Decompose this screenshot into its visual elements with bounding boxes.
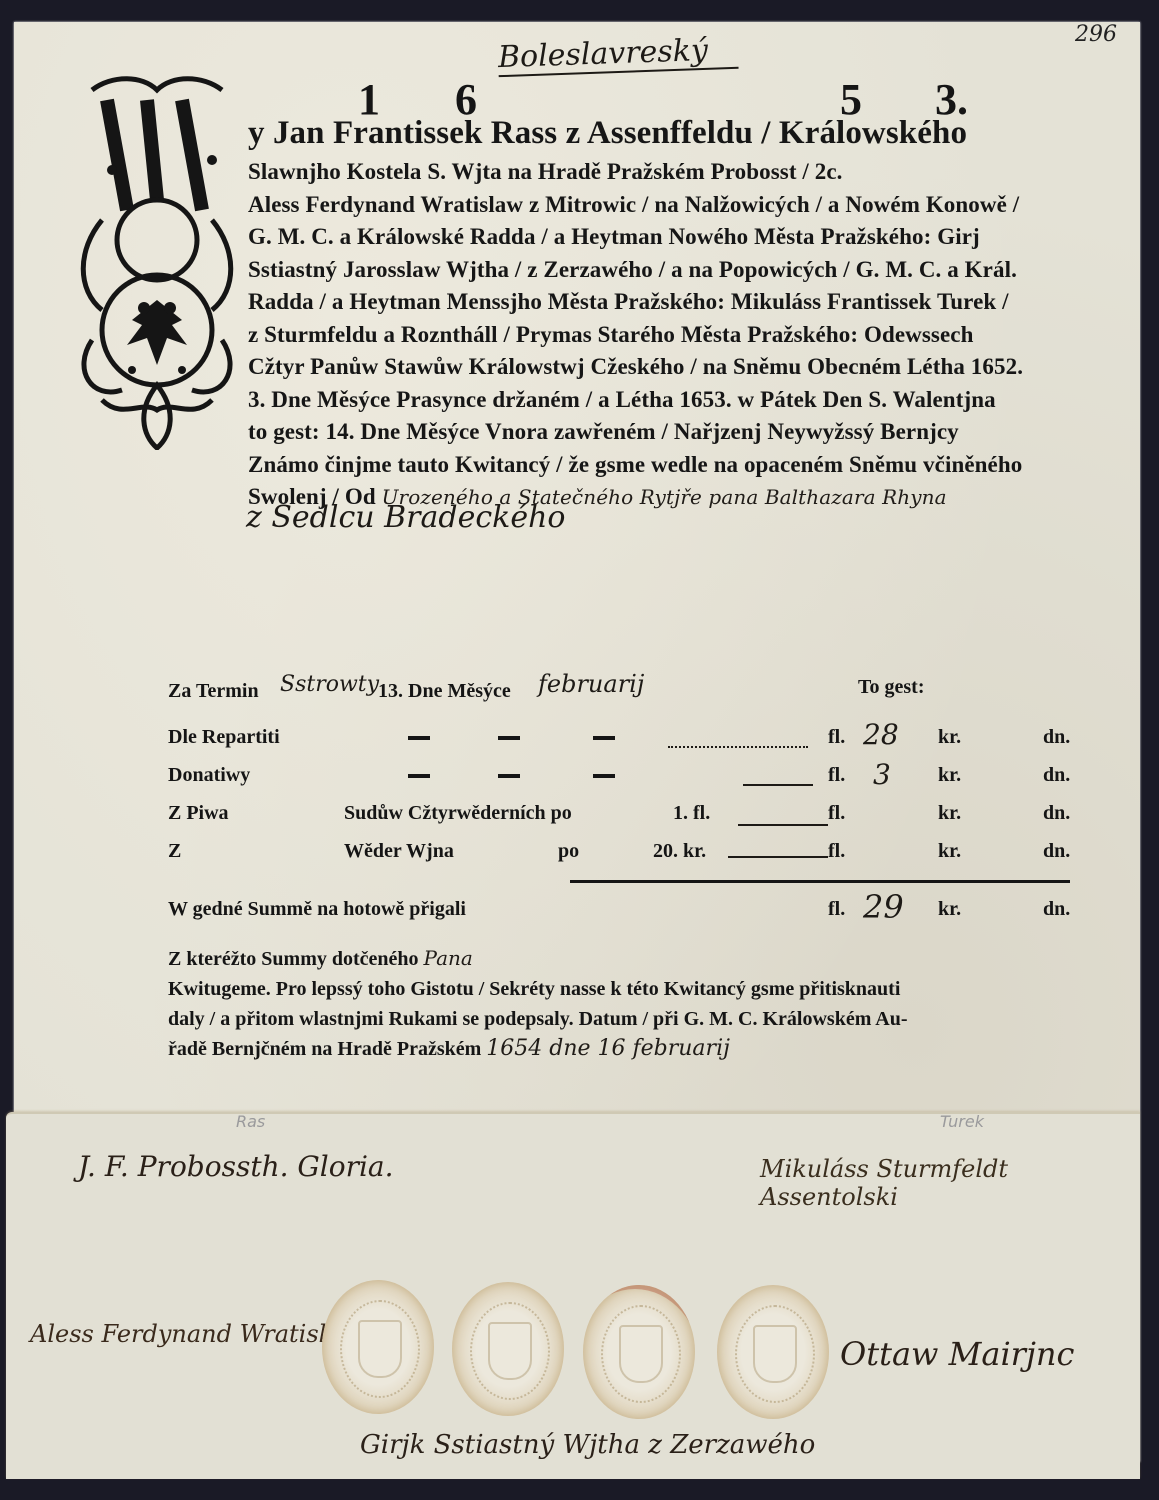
signature-top-left: J. F. Probossth. Gloria. xyxy=(78,1150,394,1183)
body-line: Radda / a Heytman Menssjho Města Pražské… xyxy=(248,286,1078,319)
florin-label: fl. xyxy=(828,840,845,863)
body-line: Sstiastný Jarosslaw Wjtha / z Zerzawého … xyxy=(248,254,1078,287)
closing-print: řadě Bernjčném na Hradě Pražském xyxy=(168,1038,481,1060)
closing-line-1: Z kteréžto Summy dotčeného Pana xyxy=(168,944,1088,974)
wax-seal-3-icon xyxy=(583,1285,695,1419)
closing-hand: Pana xyxy=(424,946,473,970)
signature-top-right: Mikuláss Sturmfeldt Assentolski xyxy=(760,1155,1100,1211)
amount-hand: 28 xyxy=(863,718,899,751)
wax-seal-1-icon xyxy=(322,1280,434,1414)
table-row: Z Wěder Wjna po 20. kr. fl. kr. dn. xyxy=(168,840,1088,872)
body-text: y Jan Frantissek Rass z Assenffeldu / Kr… xyxy=(248,110,1078,514)
body-line: z Sturmfeldu a Rozntháll / Prymas Staréh… xyxy=(248,319,1078,352)
header-to-gest: To gest: xyxy=(858,676,924,699)
row-label: Donatiwy xyxy=(168,764,250,787)
denar-label: dn. xyxy=(1043,898,1070,921)
kreuzer-label: kr. xyxy=(938,802,961,825)
florin-label: fl. xyxy=(828,898,845,921)
body-line: y Jan Frantissek Rass z Assenffeldu / Kr… xyxy=(248,110,1078,156)
pencil-note-right: Turek xyxy=(940,1112,984,1131)
closing-print: Z kteréžto Summy dotčeného xyxy=(168,948,419,970)
table-row: Z Piwa Sudůw Cžtyrwěderních po 1. fl. fl… xyxy=(168,802,1088,834)
denar-label: dn. xyxy=(1043,840,1070,863)
closing-line-4: řadě Bernjčném na Hradě Pražském 1654 dn… xyxy=(168,1034,1088,1064)
body-line: Slawnjho Kostela S. Wjta na Hradě Pražsk… xyxy=(248,156,1078,189)
florin-label: fl. xyxy=(828,726,845,749)
row-rate: 20. kr. xyxy=(653,840,706,863)
body-line: 3. Dne Měsýce Prasynce držaném / a Létha… xyxy=(248,384,1078,417)
sum-amount-hand: 29 xyxy=(863,888,904,926)
signature-mid-right: Ottaw Mairjnc xyxy=(840,1335,1074,1373)
body-line: Aless Ferdynand Wratislaw z Mitrowic / n… xyxy=(248,189,1078,222)
term-month-hand: februarij xyxy=(538,670,644,698)
amount-hand: 3 xyxy=(873,758,891,791)
closing-date-hand: 1654 dne 16 februarij xyxy=(486,1036,730,1061)
kreuzer-label: kr. xyxy=(938,840,961,863)
body-line: G. M. C. a Králowské Radda / a Heytman N… xyxy=(248,221,1078,254)
florin-label: fl. xyxy=(828,764,845,787)
body-line: Známo činjme tauto Kwitancý / že gsme we… xyxy=(248,449,1078,482)
closing-text: Z kteréžto Summy dotčeného Pana Kwitugem… xyxy=(168,944,1088,1064)
kreuzer-label: kr. xyxy=(938,898,961,921)
florin-label: fl. xyxy=(828,802,845,825)
term-row: Za Termin Sstrowty 13. Dne Měsýce februa… xyxy=(168,680,1088,712)
decorated-initial-icon xyxy=(72,70,242,450)
row-label: Z Piwa xyxy=(168,802,229,825)
term-day: 13. Dne Měsýce xyxy=(378,680,511,703)
sum-row: W gedné Summě na hotowě přigali fl. 29 k… xyxy=(168,898,1088,930)
row-po: po xyxy=(558,840,579,863)
wax-seal-4-icon xyxy=(717,1285,829,1419)
term-label: Za Termin xyxy=(168,680,259,703)
signature-mid-left: Aless Ferdynand Wratislaw xyxy=(30,1320,361,1348)
pencil-note-left: Ras xyxy=(236,1112,265,1131)
closing-line-3: daly / a přitom wlastnjmi Rukami se pode… xyxy=(168,1004,1088,1034)
kreuzer-label: kr. xyxy=(938,726,961,749)
row-label: Dle Repartiti xyxy=(168,726,280,749)
wax-seal-2-icon xyxy=(452,1282,564,1416)
body-line: Cžtyr Panůw Stawůw Králowstwj Cžeského /… xyxy=(248,351,1078,384)
signature-bottom: Girjk Sstiastný Wjtha z Zerzawého xyxy=(360,1430,815,1460)
row-rate: 1. fl. xyxy=(673,802,710,825)
folio-number: 296 xyxy=(1075,22,1117,47)
denar-label: dn. xyxy=(1043,726,1070,749)
term-hand: Sstrowty xyxy=(280,672,379,697)
closing-line-2: Kwitugeme. Pro lepssý toho Gistotu / Sek… xyxy=(168,974,1088,1004)
row-description: Sudůw Cžtyrwěderních po xyxy=(344,802,572,825)
sum-label: W gedné Summě na hotowě přigali xyxy=(168,898,466,921)
denar-label: dn. xyxy=(1043,764,1070,787)
table-row: Dle Repartiti fl. 28 kr. dn. xyxy=(168,726,1088,758)
row-label: Z xyxy=(168,840,181,863)
row-description: Wěder Wjna xyxy=(344,840,454,863)
kreuzer-label: kr. xyxy=(938,764,961,787)
sum-rule xyxy=(570,880,1070,883)
table-row: Donatiwy fl. 3 kr. dn. xyxy=(168,764,1088,796)
body-line: to gest: 14. Dne Měsýce Vnora zawřeném /… xyxy=(248,416,1078,449)
handwritten-place: z Sedlcu Bradeckého xyxy=(246,500,565,535)
denar-label: dn. xyxy=(1043,802,1070,825)
